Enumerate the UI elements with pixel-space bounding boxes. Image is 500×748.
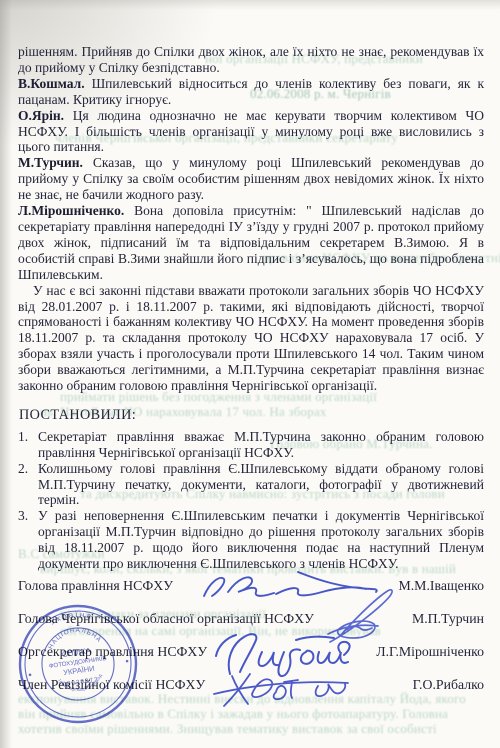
paragraph-text: рішенням. Прийняв до Спілки двох жінок, … (18, 44, 484, 75)
paragraph: В.Кошмал. Шпилевський відноситься до чле… (18, 76, 484, 108)
signature-row: Оргсекретар правління НСФХУ Л.Г.Мірошніч… (18, 644, 484, 660)
signatory-title: Голова Чернігівської обласної організаці… (18, 611, 314, 627)
resolution-item: 1. Секретаріат правління вважає М.П.Турч… (18, 429, 484, 461)
speaker-name: М.Турчин. (18, 155, 83, 170)
resolution-text: Колишньому голові правління Є.Шпилевсько… (38, 461, 484, 509)
paragraph: Л.Мірошніченко. Вона доповіла присутнім:… (18, 203, 484, 283)
paragraph-text: Ця людина однозначно не має керувати тво… (18, 108, 484, 155)
resolution-number: 3. (18, 508, 38, 572)
signatory-name: М.М.Іващенко (398, 578, 484, 594)
paragraph-text: Шпилевський відноситься до членів колект… (18, 76, 484, 107)
signatory-name: Г.О.Рибалко (413, 677, 484, 693)
signatory-title: Оргсекретар правління НСФХУ (18, 644, 207, 660)
signature-row: Член Ревізійної комісії НСФХУ Г.О.Рибалк… (18, 677, 484, 693)
paragraph: М.Турчин. Сказав, що у минулому році Шпи… (18, 155, 484, 203)
paragraph: рішенням. Прийняв до Спілки двох жінок, … (18, 44, 484, 76)
speaker-name: О.Ярін. (18, 108, 64, 123)
resolution-item: 2. Колишньому голові правління Є.Шпилевс… (18, 461, 484, 509)
document-body: рішенням. Прийняв до Спілки двох жінок, … (18, 44, 484, 572)
resolution-heading: ПОСТАНОВИЛИ: (19, 408, 484, 424)
signatory-name: М.П.Турчин (412, 611, 484, 627)
resolution-item: 3. У разі неповернення Є.Шпилевським печ… (18, 508, 484, 572)
paragraph: О.Ярін. Ця людина однозначно не має керу… (18, 108, 484, 156)
paragraph-text: У нас є всі законні підстави вважати про… (18, 283, 484, 393)
signatory-name: Л.Г.Мірошніченко (376, 644, 484, 660)
resolution-text: У разі неповернення Є.Шпилевським печатк… (38, 508, 484, 572)
speaker-name: Л.Мірошніченко. (18, 203, 124, 218)
signature-row: Голова Чернігівської обласної організаці… (18, 611, 484, 627)
resolution-number: 1. (18, 429, 38, 461)
bleedthrough-line: хотетив своїми рішеннями. Знищував темат… (18, 722, 437, 736)
scanned-document-page: ної організації НСФХУ, представники 02.0… (0, 0, 500, 748)
paragraph-text: Сказав, що у минулому році Шпилевський р… (18, 155, 484, 202)
speaker-name: В.Кошмал. (18, 76, 85, 91)
resolution-number: 2. (18, 461, 38, 509)
signature-block: Голова правління НСФХУ М.М.Іващенко Голо… (18, 578, 484, 710)
signatory-title: Голова правління НСФХУ (18, 578, 173, 594)
signatory-title: Член Ревізійної комісії НСФХУ (18, 677, 205, 693)
paragraph: У нас є всі законні підстави вважати про… (18, 283, 484, 394)
resolution-text: Секретаріат правління вважає М.П.Турчина… (38, 429, 484, 461)
signature-row: Голова правління НСФХУ М.М.Іващенко (18, 578, 484, 594)
